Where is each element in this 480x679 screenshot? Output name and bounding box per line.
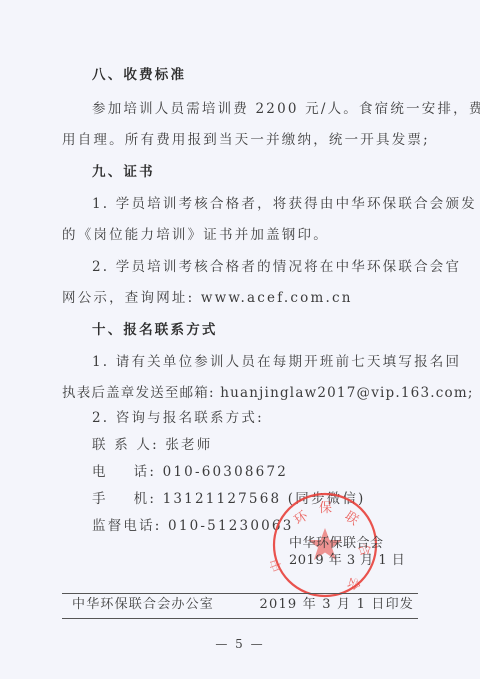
contact-phone: 电 话: 010-60308672 [92, 464, 288, 480]
svg-text:联: 联 [342, 509, 361, 529]
footer-top-rule [62, 593, 418, 594]
fee-paragraph-line-1: 参加培训人员需培训费 2200 元/人。食宿统一安排，费 [92, 101, 480, 117]
svg-text:保: 保 [319, 501, 332, 516]
certificate-item-2-line-1: 2. 学员培训考核合格者的情况将在中华环保联合会官 [92, 259, 461, 275]
section-heading-contact: 十、报名联系方式 [92, 322, 218, 338]
contact-item-2: 2. 咨询与报名联系方式: [92, 410, 264, 426]
contact-supervision-phone: 监督电话: 010-51230063 [92, 518, 293, 534]
footer-bottom-rule [62, 618, 418, 619]
svg-text:中: 中 [270, 556, 286, 574]
contact-item-1-line-1: 1. 请有关单位参训人员在每期开班前七天填写报名回 [92, 354, 461, 370]
contact-person: 联 系 人: 张老师 [92, 437, 212, 453]
svg-text:会: 会 [344, 575, 363, 592]
page-number: — 5 — [0, 637, 480, 651]
section-heading-certificate: 九、证书 [92, 164, 155, 180]
signature-date: 2019 年 3 月 1 日 [289, 553, 405, 569]
contact-item-1-line-2: 执表后盖章发送至邮箱: huanjinglaw2017@vip.163.com; [62, 385, 474, 401]
footer-issued-date: 2019 年 3 月 1 日印发 [260, 597, 415, 613]
signature-organization: 中华环保联合会 [289, 536, 384, 552]
section-heading-fee: 八、收费标准 [92, 67, 186, 83]
svg-text:环: 环 [292, 508, 312, 528]
document-page: 八、收费标准 参加培训人员需培训费 2200 元/人。食宿统一安排，费 用自理。… [0, 0, 480, 679]
certificate-item-2-line-2: 网公示，查询网址: www.acef.com.cn [62, 290, 353, 306]
footer-office: 中华环保联合会办公室 [72, 597, 214, 613]
certificate-item-1-line-1: 1. 学员培训考核合格者，将获得由中华环保联合会颁发 [92, 196, 477, 212]
certificate-item-1-line-2: 的《岗位能力培训》证书并加盖钢印。 [62, 227, 329, 243]
fee-paragraph-line-2: 用自理。所有费用报到当天一并缴纳，统一开具发票; [62, 132, 430, 148]
